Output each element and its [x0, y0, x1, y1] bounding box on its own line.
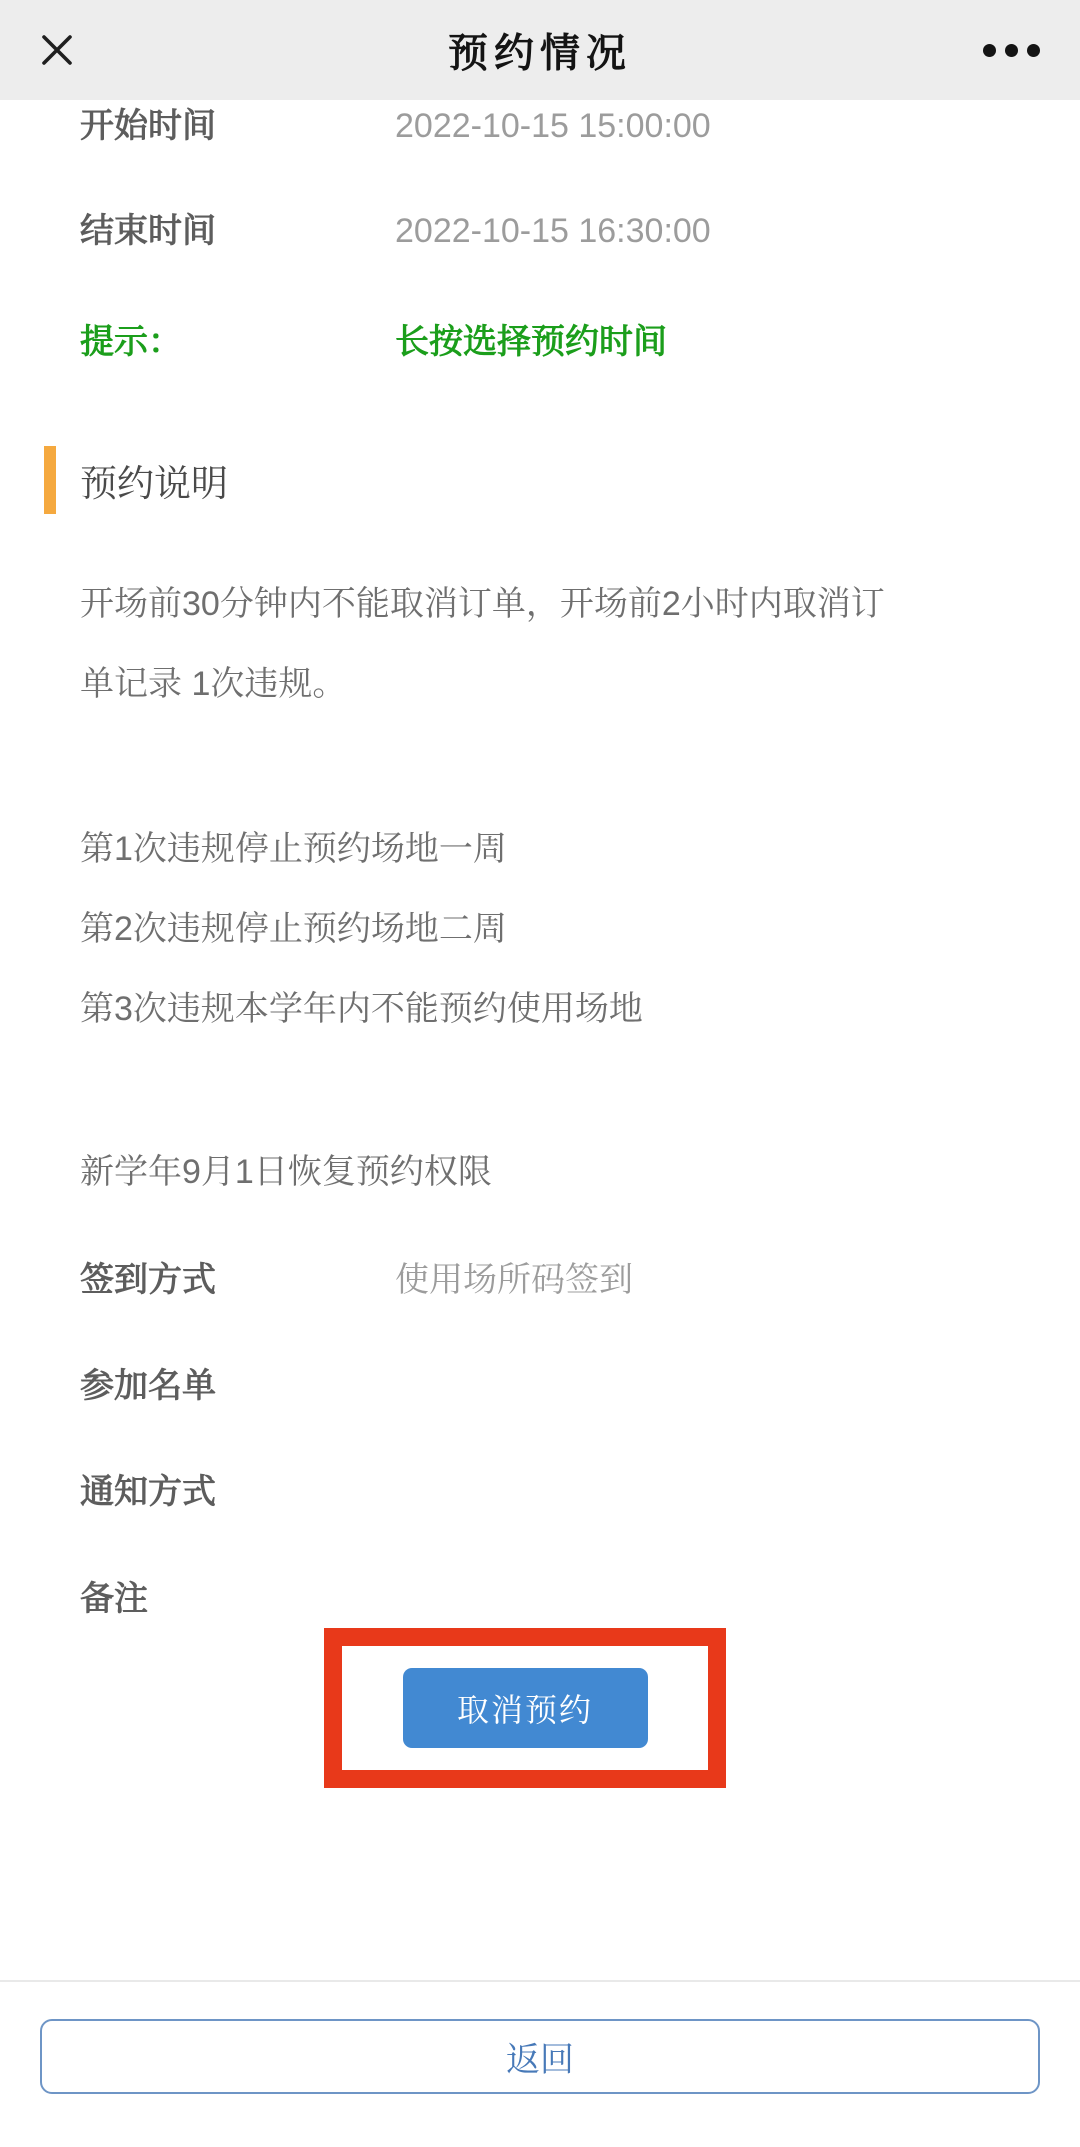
- recovery-note: 新学年9月1日恢复预约权限: [80, 1132, 1035, 1212]
- notify-method-row: 通知方式: [80, 1474, 1035, 1510]
- dot: [1027, 44, 1040, 57]
- reservation-detail: 开始时间 2022-10-15 15:00:00 结束时间 2022-10-15…: [0, 100, 1080, 2094]
- close-x-glyph: [37, 30, 77, 70]
- start-time-value: 2022-10-15 15:00:00: [395, 108, 711, 144]
- tip-value: 长按选择预约时间: [395, 324, 667, 360]
- end-time-value: 2022-10-15 16:30:00: [395, 213, 711, 249]
- tip-row: 提示： 长按选择预约时间: [80, 324, 1035, 360]
- dot: [1005, 44, 1018, 57]
- end-time-label: 结束时间: [80, 213, 395, 249]
- checkin-method-label: 签到方式: [80, 1262, 395, 1298]
- cancel-reservation-button[interactable]: 取消预约: [403, 1668, 648, 1748]
- remark-label: 备注: [80, 1581, 395, 1617]
- violation-rule-2: 第2次违规停止预约场地二周: [80, 889, 1035, 969]
- navbar: 预约情况: [0, 0, 1080, 100]
- dot: [983, 44, 996, 57]
- checkin-method-value: 使用场所码签到: [395, 1262, 633, 1298]
- violation-rule-1: 第1次违规停止预约场地一周: [80, 809, 1035, 889]
- red-highlight-annotation: 取消预约: [324, 1628, 726, 1788]
- remark-row: 备注: [80, 1581, 1035, 1617]
- participant-list-row: 参加名单: [80, 1368, 1035, 1404]
- notify-method-label: 通知方式: [80, 1474, 395, 1510]
- page-title: 预约情况: [448, 22, 632, 79]
- checkin-method-row: 签到方式 使用场所码签到: [80, 1262, 1035, 1298]
- section-title: 预约说明: [80, 446, 228, 514]
- close-icon[interactable]: [34, 27, 80, 73]
- footer-divider: [0, 1980, 1080, 1982]
- start-time-row: 开始时间 2022-10-15 15:00:00: [80, 108, 1035, 144]
- back-button[interactable]: 返回: [40, 2019, 1040, 2094]
- section-accent-bar: [44, 446, 56, 514]
- start-time-label: 开始时间: [80, 108, 395, 144]
- section-header: 预约说明: [44, 446, 1035, 514]
- end-time-row: 结束时间 2022-10-15 16:30:00: [80, 213, 1035, 249]
- violation-rule-3: 第3次违规本学年内不能预约使用场地: [80, 969, 1035, 1049]
- tip-label: 提示：: [80, 324, 395, 360]
- participant-list-label: 参加名单: [80, 1368, 395, 1404]
- violation-rules: 第1次违规停止预约场地一周 第2次违规停止预约场地二周 第3次违规本学年内不能预…: [80, 809, 1035, 1049]
- more-menu-icon[interactable]: [983, 27, 1040, 73]
- cancel-policy-paragraph: 开场前30分钟内不能取消订单，开场前2小时内取消订单记录 1次违规。: [80, 564, 900, 724]
